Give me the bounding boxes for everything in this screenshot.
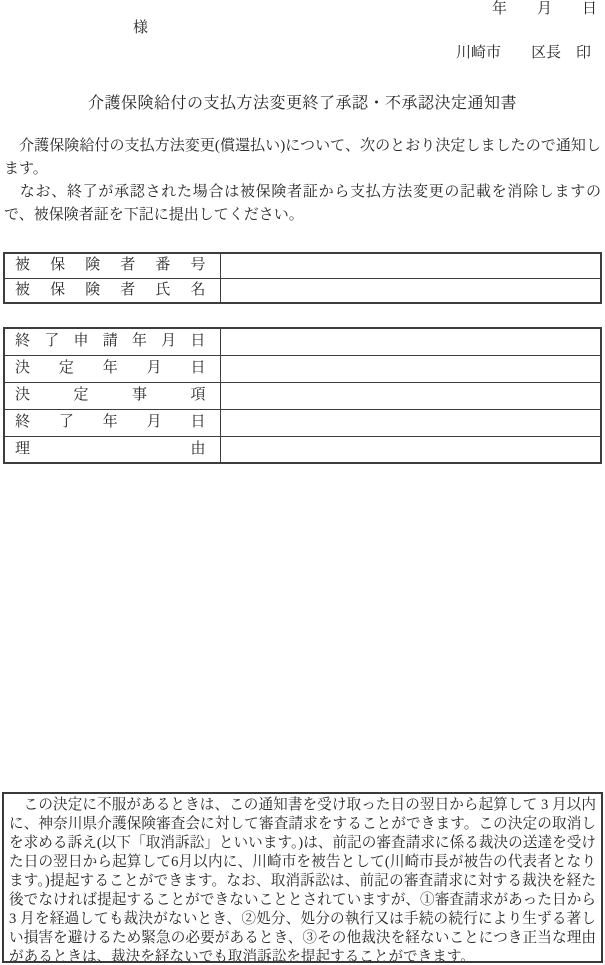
table-row: 終了申請年月日 <box>4 328 601 355</box>
insured-number-field <box>220 253 601 278</box>
row-label-end-date: 終了年月日 <box>5 415 220 430</box>
row-label-end-application-date: 終了申請年月日 <box>5 334 220 349</box>
end-date-field <box>220 409 601 436</box>
table-row: 理由 <box>4 436 601 463</box>
row-label-insured-name: 被保険者氏名 <box>5 283 220 298</box>
notice-body-paragraph-1: 介護保険給付の支払方法変更(償還払い)について、次のとおり決定しましたので通知し… <box>4 135 601 181</box>
table-row: 決定年月日 <box>4 355 601 382</box>
decision-date-field <box>220 355 601 382</box>
insured-name-field <box>220 278 601 303</box>
row-label-reason: 理由 <box>5 442 220 457</box>
notice-document: 年 月 日 様 川崎市 区長 印 介護保険給付の支払方法変更終了承認・不承認決定… <box>0 0 605 965</box>
issuer-line: 川崎市 区長 印 <box>0 45 605 61</box>
table-row: 被保険者氏名 <box>4 278 601 303</box>
issue-date-line: 年 月 日 <box>0 1 605 17</box>
document-title: 介護保険給付の支払方法変更終了承認・不承認決定通知書 <box>0 90 605 113</box>
appeal-notice-text: この決定に不服があるときは、この通知書を受け取った日の翌日から起算して 3 月以… <box>9 796 596 963</box>
notice-body: 介護保険給付の支払方法変更(償還払い)について、次のとおり決定しましたので通知し… <box>4 135 601 227</box>
row-label-decision-date: 決定年月日 <box>5 361 220 376</box>
table-row: 終了年月日 <box>4 409 601 436</box>
reason-field <box>220 436 601 463</box>
decision-matter-field <box>220 382 601 409</box>
table-row: 被保険者番号 <box>4 253 601 278</box>
notice-body-paragraph-2: なお、終了が承認された場合は被保険者証から支払方法変更の記載を消除しますので、被… <box>4 181 601 227</box>
end-application-date-field <box>220 328 601 355</box>
appeal-notice-box: この決定に不服があるときは、この通知書を受け取った日の翌日から起算して 3 月以… <box>2 792 603 963</box>
row-label-decision-matter: 決定事項 <box>5 388 220 403</box>
addressee-sama: 様 <box>133 20 148 37</box>
table-row: 決定事項 <box>4 382 601 409</box>
row-label-insured-number: 被保険者番号 <box>5 258 220 273</box>
insured-info-table: 被保険者番号 被保険者氏名 <box>3 252 602 304</box>
decision-table: 終了申請年月日 決定年月日 決定事項 終了年月日 理由 <box>3 327 602 464</box>
